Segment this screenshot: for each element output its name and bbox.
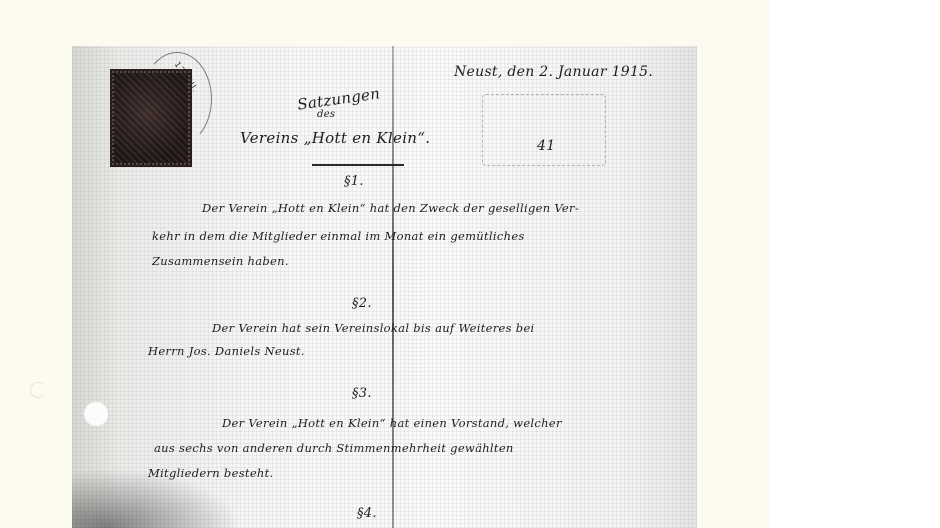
section-line: Der Verein hat sein Vereinslokal bis auf…: [212, 321, 535, 335]
section-line: Zusammensein haben.: [152, 254, 289, 268]
section-line: kehr in dem die Mitglieder einmal im Mon…: [152, 229, 525, 243]
club-name-line: Vereins „Hott en Klein“.: [240, 129, 430, 147]
document-title-sub: des: [317, 109, 335, 120]
title-underline: [312, 164, 404, 166]
paper-blot: [84, 402, 108, 426]
postage-stamp-icon: [112, 71, 190, 165]
section-line: Herrn Jos. Daniels Neust.: [148, 344, 305, 358]
section-number: §1.: [344, 174, 364, 189]
section-number: §3.: [352, 386, 372, 401]
document-title: Satzungen: [296, 84, 381, 113]
registration-number: 41: [537, 138, 555, 154]
section-line: Der Verein „Hott en Klein“ hat den Zweck…: [202, 201, 579, 215]
section-line: Mitgliedern besteht.: [148, 466, 274, 480]
place-date: Neust, den 2. Januar 1915.: [454, 64, 653, 80]
fold-line: [392, 46, 394, 528]
document-sheet: 177 III. Satzungen des Vereins „Hott en …: [72, 46, 697, 528]
section-number: §2.: [352, 296, 372, 311]
punch-hole-mark: [30, 382, 46, 398]
section-number: §4.: [357, 506, 377, 521]
registration-stamp-box: [482, 94, 606, 166]
section-line: Der Verein „Hott en Klein“ hat einen Vor…: [222, 416, 562, 430]
section-line: aus sechs von anderen durch Stimmenmehrh…: [154, 441, 514, 455]
